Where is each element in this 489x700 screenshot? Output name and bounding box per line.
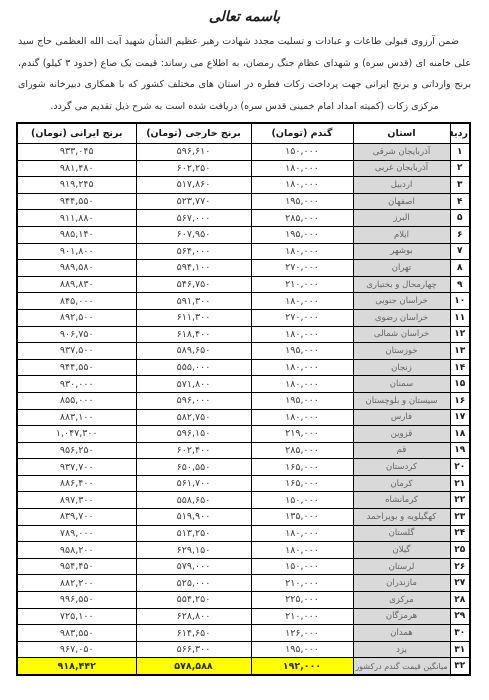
table-row: ۱۷ فارس ۱۸۰,۰۰۰ ۵۸۲,۷۵۰ ۸۸۳,۱۰۰ (17, 409, 470, 426)
table-row: ۹ چهارمحال و بختیاری ۲۱۰,۰۰۰ ۵۴۶,۷۵۰ ۸۸۹… (17, 276, 470, 293)
foreign-rice-price-cell: ۵۱۳,۲۵۰ (136, 525, 251, 542)
iranian-rice-price-cell: ۹۸۹,۵۸۰ (17, 260, 136, 277)
province-cell: آذربایجان شرقی (353, 144, 450, 161)
table-row: ۱۰ خراسان جنوبی ۱۸۰,۰۰۰ ۵۹۱,۳۰۰ ۸۴۵,۰۰۰ (17, 293, 470, 310)
row-number-cell: ۱۵ (450, 376, 470, 393)
province-cell: لرستان (353, 558, 450, 575)
table-row: ۱۶ سیستان و بلوچستان ۱۹۵,۰۰۰ ۵۹۶,۰۰۰ ۸۵۵… (17, 392, 470, 409)
header-iranian-rice-price: برنج ایرانی (تومان) (17, 123, 136, 144)
province-cell: مازندران (353, 575, 450, 592)
header-row-number: ردیف (450, 123, 470, 144)
iranian-rice-price-cell: ۹۱۱,۸۸۰ (17, 210, 136, 227)
wheat-price-cell: ۲۷۰,۰۰۰ (251, 309, 353, 326)
province-cell: قزوین (353, 426, 450, 443)
province-cell: زنجان (353, 359, 450, 376)
table-row: ۱۴ زنجان ۱۸۰,۰۰۰ ۵۵۵,۰۰۰ ۹۴۴,۵۵۰ (17, 359, 470, 376)
wheat-price-cell: ۱۵۰,۰۰۰ (251, 144, 353, 161)
foreign-rice-price-cell: ۶۰۲,۴۰۰ (136, 442, 251, 459)
row-number-cell: ۷ (450, 243, 470, 260)
wheat-price-cell: ۱۸۰,۰۰۰ (251, 326, 353, 343)
wheat-price-cell: ۱۶۵,۰۰۰ (251, 475, 353, 492)
header-province: استان (353, 123, 450, 144)
row-number-cell: ۵ (450, 210, 470, 227)
iranian-rice-price-cell: ۸۸۶,۴۰۰ (17, 475, 136, 492)
iranian-rice-price-cell: ۸۹۷,۳۰۰ (17, 492, 136, 509)
foreign-rice-price-cell: ۶۲۹,۱۵۰ (136, 542, 251, 559)
foreign-rice-price-cell: ۵۸۹,۶۵۰ (136, 343, 251, 360)
row-number-cell: ۱۶ (450, 392, 470, 409)
iranian-rice-price-cell: ۹۳۳,۰۴۵ (17, 144, 136, 161)
province-cell: همدان (353, 625, 450, 642)
province-cell: تهران (353, 260, 450, 277)
province-cell: قم (353, 442, 450, 459)
row-number-cell: ۱۱ (450, 309, 470, 326)
table-row: ۲۷ مازندران ۲۱۰,۰۰۰ ۵۲۵,۰۰۰ ۸۸۲,۲۰۰ (17, 575, 470, 592)
table-row: ۳۲ میانگین قیمت گندم درکشور ۱۹۲,۰۰۰ ۵۷۸,… (17, 658, 470, 675)
table-row: ۳ اردبیل ۱۸۰,۰۰۰ ۵۱۷,۸۶۰ ۹۱۹,۲۴۵ (17, 177, 470, 194)
table-row: ۸ تهران ۲۷۰,۰۰۰ ۵۹۴,۱۰۰ ۹۸۹,۵۸۰ (17, 260, 470, 277)
foreign-rice-price-cell: ۵۲۳,۷۷۰ (136, 193, 251, 210)
foreign-rice-price-cell: ۵۹۱,۳۰۰ (136, 293, 251, 310)
iranian-rice-price-cell: ۹۳۷,۵۰۰ (17, 343, 136, 360)
table-header-row: ردیف استان گندم (تومان) برنج خارجی (توما… (17, 123, 470, 144)
wheat-price-cell: ۱۲۶,۰۰۰ (251, 625, 353, 642)
province-cell: کرمان (353, 475, 450, 492)
iranian-rice-price-cell: ۱,۰۴۷,۳۰۰ (17, 426, 136, 443)
table-row: ۷ بوشهر ۱۸۰,۰۰۰ ۵۶۴,۰۰۰ ۹۰۱,۸۰۰ (17, 243, 470, 260)
wheat-price-cell: ۲۲۵,۰۰۰ (251, 592, 353, 609)
row-number-cell: ۳ (450, 177, 470, 194)
foreign-rice-price-cell: ۵۷۸,۵۸۸ (136, 658, 251, 675)
row-number-cell: ۲۰ (450, 459, 470, 476)
province-cell: اردبیل (353, 177, 450, 194)
wheat-price-cell: ۲۱۰,۰۰۰ (251, 276, 353, 293)
table-row: ۱۱ خراسان رضوی ۲۷۰,۰۰۰ ۶۱۱,۳۰۰ ۸۹۲,۵۰۰ (17, 309, 470, 326)
foreign-rice-price-cell: ۶۲۸,۸۰۰ (136, 608, 251, 625)
table-row: ۲۱ کرمان ۱۶۵,۰۰۰ ۵۶۱,۷۰۰ ۸۸۶,۴۰۰ (17, 475, 470, 492)
wheat-price-cell: ۲۱۰,۰۰۰ (251, 575, 353, 592)
foreign-rice-price-cell: ۵۸۲,۷۵۰ (136, 409, 251, 426)
wheat-price-cell: ۲۱۹,۰۰۰ (251, 426, 353, 443)
iranian-rice-price-cell: ۹۶۷,۰۵۰ (17, 641, 136, 658)
iranian-rice-price-cell: ۹۵۶,۲۵۰ (17, 442, 136, 459)
table-row: ۱ آذربایجان شرقی ۱۵۰,۰۰۰ ۵۹۶,۶۱۰ ۹۳۳,۰۴۵ (17, 144, 470, 161)
table-row: ۵ البرز ۲۸۵,۰۰۰ ۵۶۷,۰۰۰ ۹۱۱,۸۸۰ (17, 210, 470, 227)
table-row: ۱۲ خراسان شمالی ۱۸۰,۰۰۰ ۶۱۸,۴۰۰ ۹۰۶,۷۵۰ (17, 326, 470, 343)
table-row: ۳۰ همدان ۱۲۶,۰۰۰ ۶۱۴,۶۵۰ ۹۸۳,۵۵۰ (17, 625, 470, 642)
iranian-rice-price-cell: ۹۵۴,۴۵۰ (17, 558, 136, 575)
wheat-price-cell: ۱۸۰,۰۰۰ (251, 243, 353, 260)
province-cell: مرکزی (353, 592, 450, 609)
foreign-rice-price-cell: ۶۵۰,۵۵۰ (136, 459, 251, 476)
row-number-cell: ۱ (450, 144, 470, 161)
price-table-body: ۱ آذربایجان شرقی ۱۵۰,۰۰۰ ۵۹۶,۶۱۰ ۹۳۳,۰۴۵… (17, 144, 470, 676)
foreign-rice-price-cell: ۶۰۲,۲۵۰ (136, 160, 251, 177)
province-cell: خوزستان (353, 343, 450, 360)
province-cell: خراسان رضوی (353, 309, 450, 326)
iranian-rice-price-cell: ۹۰۶,۷۵۰ (17, 326, 136, 343)
iranian-rice-price-cell: ۹۸۱,۴۸۰ (17, 160, 136, 177)
wheat-price-cell: ۱۸۰,۰۰۰ (251, 376, 353, 393)
wheat-price-cell: ۱۹۵,۰۰۰ (251, 193, 353, 210)
iranian-rice-price-cell: ۹۴۴,۵۵۰ (17, 193, 136, 210)
wheat-price-cell: ۱۵۰,۰۰۰ (251, 492, 353, 509)
iranian-rice-price-cell: ۸۸۲,۲۰۰ (17, 575, 136, 592)
foreign-rice-price-cell: ۵۷۹,۰۰۰ (136, 558, 251, 575)
document-page: باسمه تعالی ضمن آرزوی قبولی طاعات و عباد… (0, 0, 489, 700)
foreign-rice-price-cell: ۶۰۷,۹۵۰ (136, 226, 251, 243)
wheat-price-cell: ۱۹۵,۰۰۰ (251, 343, 353, 360)
province-cell: سیستان و بلوچستان (353, 392, 450, 409)
province-cell: کردستان (353, 459, 450, 476)
header-foreign-rice-price: برنج خارجی (تومان) (136, 123, 251, 144)
wheat-price-cell: ۲۸۵,۰۰۰ (251, 442, 353, 459)
province-cell: خراسان شمالی (353, 326, 450, 343)
province-cell: یزد (353, 641, 450, 658)
wheat-price-cell: ۲۱۰,۰۰۰ (251, 608, 353, 625)
foreign-rice-price-cell: ۵۱۷,۸۶۰ (136, 177, 251, 194)
row-number-cell: ۲۷ (450, 575, 470, 592)
row-number-cell: ۲۵ (450, 542, 470, 559)
wheat-price-cell: ۱۶۵,۰۰۰ (251, 459, 353, 476)
province-cell: سمنان (353, 376, 450, 393)
province-cell: البرز (353, 210, 450, 227)
province-cell: کهگیلویه و بویراحمد (353, 509, 450, 526)
row-number-cell: ۲۶ (450, 558, 470, 575)
foreign-rice-price-cell: ۵۹۴,۱۰۰ (136, 260, 251, 277)
wheat-price-cell: ۱۸۰,۰۰۰ (251, 409, 353, 426)
iranian-rice-price-cell: ۹۰۱,۸۰۰ (17, 243, 136, 260)
row-number-cell: ۲۸ (450, 592, 470, 609)
wheat-price-cell: ۱۹۵,۰۰۰ (251, 226, 353, 243)
table-row: ۲ آذربایجان غربی ۱۸۰,۰۰۰ ۶۰۲,۲۵۰ ۹۸۱,۴۸۰ (17, 160, 470, 177)
province-cell: بوشهر (353, 243, 450, 260)
foreign-rice-price-cell: ۵۶۶,۳۰۰ (136, 641, 251, 658)
wheat-price-cell: ۱۹۲,۰۰۰ (251, 658, 353, 675)
foreign-rice-price-cell: ۵۲۵,۰۰۰ (136, 575, 251, 592)
page-title: باسمه تعالی (0, 0, 489, 25)
row-number-cell: ۶ (450, 226, 470, 243)
iranian-rice-price-cell: ۹۸۳,۵۵۰ (17, 625, 136, 642)
row-number-cell: ۸ (450, 260, 470, 277)
row-number-cell: ۳۱ (450, 641, 470, 658)
table-row: ۱۵ سمنان ۱۸۰,۰۰۰ ۵۷۱,۸۰۰ ۹۳۰,۰۰۰ (17, 376, 470, 393)
row-number-cell: ۱۲ (450, 326, 470, 343)
row-number-cell: ۲۲ (450, 492, 470, 509)
wheat-price-cell: ۲۷۰,۰۰۰ (251, 260, 353, 277)
foreign-rice-price-cell: ۵۱۹,۹۰۰ (136, 509, 251, 526)
row-number-cell: ۳۰ (450, 625, 470, 642)
iranian-rice-price-cell: ۹۱۸,۴۴۲ (17, 658, 136, 675)
iranian-rice-price-cell: ۷۲۵,۱۰۰ (17, 608, 136, 625)
province-cell: هرمزگان (353, 608, 450, 625)
foreign-rice-price-cell: ۵۶۴,۰۰۰ (136, 243, 251, 260)
iranian-rice-price-cell: ۷۸۹,۰۰۰ (17, 525, 136, 542)
table-row: ۱۸ قزوین ۲۱۹,۰۰۰ ۵۹۶,۱۵۰ ۱,۰۴۷,۳۰۰ (17, 426, 470, 443)
foreign-rice-price-cell: ۶۱۴,۶۵۰ (136, 625, 251, 642)
iranian-rice-price-cell: ۹۳۰,۰۰۰ (17, 376, 136, 393)
province-cell: گلستان (353, 525, 450, 542)
iranian-rice-price-cell: ۹۵۸,۲۰۰ (17, 542, 136, 559)
table-row: ۲۶ لرستان ۱۵۰,۰۰۰ ۵۷۹,۰۰۰ ۹۵۴,۴۵۰ (17, 558, 470, 575)
table-row: ۲۵ گیلان ۱۸۰,۰۰۰ ۶۲۹,۱۵۰ ۹۵۸,۲۰۰ (17, 542, 470, 559)
row-number-cell: ۱۴ (450, 359, 470, 376)
iranian-rice-price-cell: ۹۴۴,۵۵۰ (17, 359, 136, 376)
iranian-rice-price-cell: ۸۳۹,۷۰۰ (17, 509, 136, 526)
province-cell: چهارمحال و بختیاری (353, 276, 450, 293)
wheat-price-cell: ۱۸۰,۰۰۰ (251, 177, 353, 194)
iranian-rice-price-cell: ۹۸۵,۱۴۰ (17, 226, 136, 243)
row-number-cell: ۲ (450, 160, 470, 177)
table-row: ۲۲ کرمانشاه ۱۵۰,۰۰۰ ۵۵۸,۶۵۰ ۸۹۷,۳۰۰ (17, 492, 470, 509)
foreign-rice-price-cell: ۵۷۱,۸۰۰ (136, 376, 251, 393)
table-row: ۴ اصفهان ۱۹۵,۰۰۰ ۵۲۳,۷۷۰ ۹۴۴,۵۵۰ (17, 193, 470, 210)
wheat-price-cell: ۱۳۵,۰۰۰ (251, 509, 353, 526)
row-number-cell: ۱۰ (450, 293, 470, 310)
table-row: ۲۰ کردستان ۱۶۵,۰۰۰ ۶۵۰,۵۵۰ ۹۳۷,۷۰۰ (17, 459, 470, 476)
province-cell: میانگین قیمت گندم درکشور (353, 658, 450, 675)
table-row: ۱۹ قم ۲۸۵,۰۰۰ ۶۰۲,۴۰۰ ۹۵۶,۲۵۰ (17, 442, 470, 459)
foreign-rice-price-cell: ۶۱۸,۴۰۰ (136, 326, 251, 343)
wheat-price-cell: ۱۹۵,۰۰۰ (251, 392, 353, 409)
province-cell: اصفهان (353, 193, 450, 210)
wheat-price-cell: ۱۸۰,۰۰۰ (251, 293, 353, 310)
iranian-rice-price-cell: ۹۱۹,۲۴۵ (17, 177, 136, 194)
row-number-cell: ۲۴ (450, 525, 470, 542)
header-wheat-price: گندم (تومان) (251, 123, 353, 144)
table-row: ۳۱ یزد ۱۹۵,۰۰۰ ۵۶۶,۳۰۰ ۹۶۷,۰۵۰ (17, 641, 470, 658)
province-cell: گیلان (353, 542, 450, 559)
iranian-rice-price-cell: ۹۳۷,۷۰۰ (17, 459, 136, 476)
table-row: ۲۴ گلستان ۱۸۰,۰۰۰ ۵۱۳,۲۵۰ ۷۸۹,۰۰۰ (17, 525, 470, 542)
province-cell: کرمانشاه (353, 492, 450, 509)
iranian-rice-price-cell: ۸۸۳,۱۰۰ (17, 409, 136, 426)
row-number-cell: ۱۷ (450, 409, 470, 426)
foreign-rice-price-cell: ۵۴۶,۷۵۰ (136, 276, 251, 293)
foreign-rice-price-cell: ۵۶۷,۰۰۰ (136, 210, 251, 227)
table-header: ردیف استان گندم (تومان) برنج خارجی (توما… (17, 123, 470, 144)
table-row: ۱۳ خوزستان ۱۹۵,۰۰۰ ۵۸۹,۶۵۰ ۹۳۷,۵۰۰ (17, 343, 470, 360)
foreign-rice-price-cell: ۵۵۸,۶۵۰ (136, 492, 251, 509)
wheat-price-cell: ۱۸۰,۰۰۰ (251, 359, 353, 376)
province-cell: ایلام (353, 226, 450, 243)
iranian-rice-price-cell: ۸۴۵,۰۰۰ (17, 293, 136, 310)
row-number-cell: ۱۹ (450, 442, 470, 459)
iranian-rice-price-cell: ۸۹۲,۵۰۰ (17, 309, 136, 326)
row-number-cell: ۲۳ (450, 509, 470, 526)
iranian-rice-price-cell: ۹۹۶,۵۵۰ (17, 592, 136, 609)
foreign-rice-price-cell: ۵۹۶,۱۵۰ (136, 426, 251, 443)
iranian-rice-price-cell: ۸۵۵,۰۰۰ (17, 392, 136, 409)
province-cell: خراسان جنوبی (353, 293, 450, 310)
table-row: ۲۹ هرمزگان ۲۱۰,۰۰۰ ۶۲۸,۸۰۰ ۷۲۵,۱۰۰ (17, 608, 470, 625)
row-number-cell: ۲۱ (450, 475, 470, 492)
row-number-cell: ۹ (450, 276, 470, 293)
province-cell: آذربایجان غربی (353, 160, 450, 177)
row-number-cell: ۳۲ (450, 658, 470, 675)
fitra-price-table: ردیف استان گندم (تومان) برنج خارجی (توما… (16, 122, 471, 676)
foreign-rice-price-cell: ۵۹۶,۰۰۰ (136, 392, 251, 409)
row-number-cell: ۱۸ (450, 426, 470, 443)
foreign-rice-price-cell: ۶۱۱,۳۰۰ (136, 309, 251, 326)
wheat-price-cell: ۱۵۰,۰۰۰ (251, 558, 353, 575)
wheat-price-cell: ۱۹۵,۰۰۰ (251, 641, 353, 658)
foreign-rice-price-cell: ۵۹۶,۶۱۰ (136, 144, 251, 161)
row-number-cell: ۱۳ (450, 343, 470, 360)
row-number-cell: ۲۹ (450, 608, 470, 625)
province-cell: فارس (353, 409, 450, 426)
table-row: ۲۸ مرکزی ۲۲۵,۰۰۰ ۵۵۴,۲۵۰ ۹۹۶,۵۵۰ (17, 592, 470, 609)
row-number-cell: ۴ (450, 193, 470, 210)
wheat-price-cell: ۱۸۰,۰۰۰ (251, 160, 353, 177)
wheat-price-cell: ۱۸۰,۰۰۰ (251, 542, 353, 559)
intro-paragraph: ضمن آرزوی قبولی طاعات و عبادات و تسلیت م… (18, 31, 471, 117)
foreign-rice-price-cell: ۵۵۵,۰۰۰ (136, 359, 251, 376)
table-row: ۲۳ کهگیلویه و بویراحمد ۱۳۵,۰۰۰ ۵۱۹,۹۰۰ ۸… (17, 509, 470, 526)
foreign-rice-price-cell: ۵۵۴,۲۵۰ (136, 592, 251, 609)
wheat-price-cell: ۱۸۰,۰۰۰ (251, 525, 353, 542)
foreign-rice-price-cell: ۵۶۱,۷۰۰ (136, 475, 251, 492)
iranian-rice-price-cell: ۸۸۹,۸۳۰ (17, 276, 136, 293)
table-row: ۶ ایلام ۱۹۵,۰۰۰ ۶۰۷,۹۵۰ ۹۸۵,۱۴۰ (17, 226, 470, 243)
wheat-price-cell: ۲۸۵,۰۰۰ (251, 210, 353, 227)
